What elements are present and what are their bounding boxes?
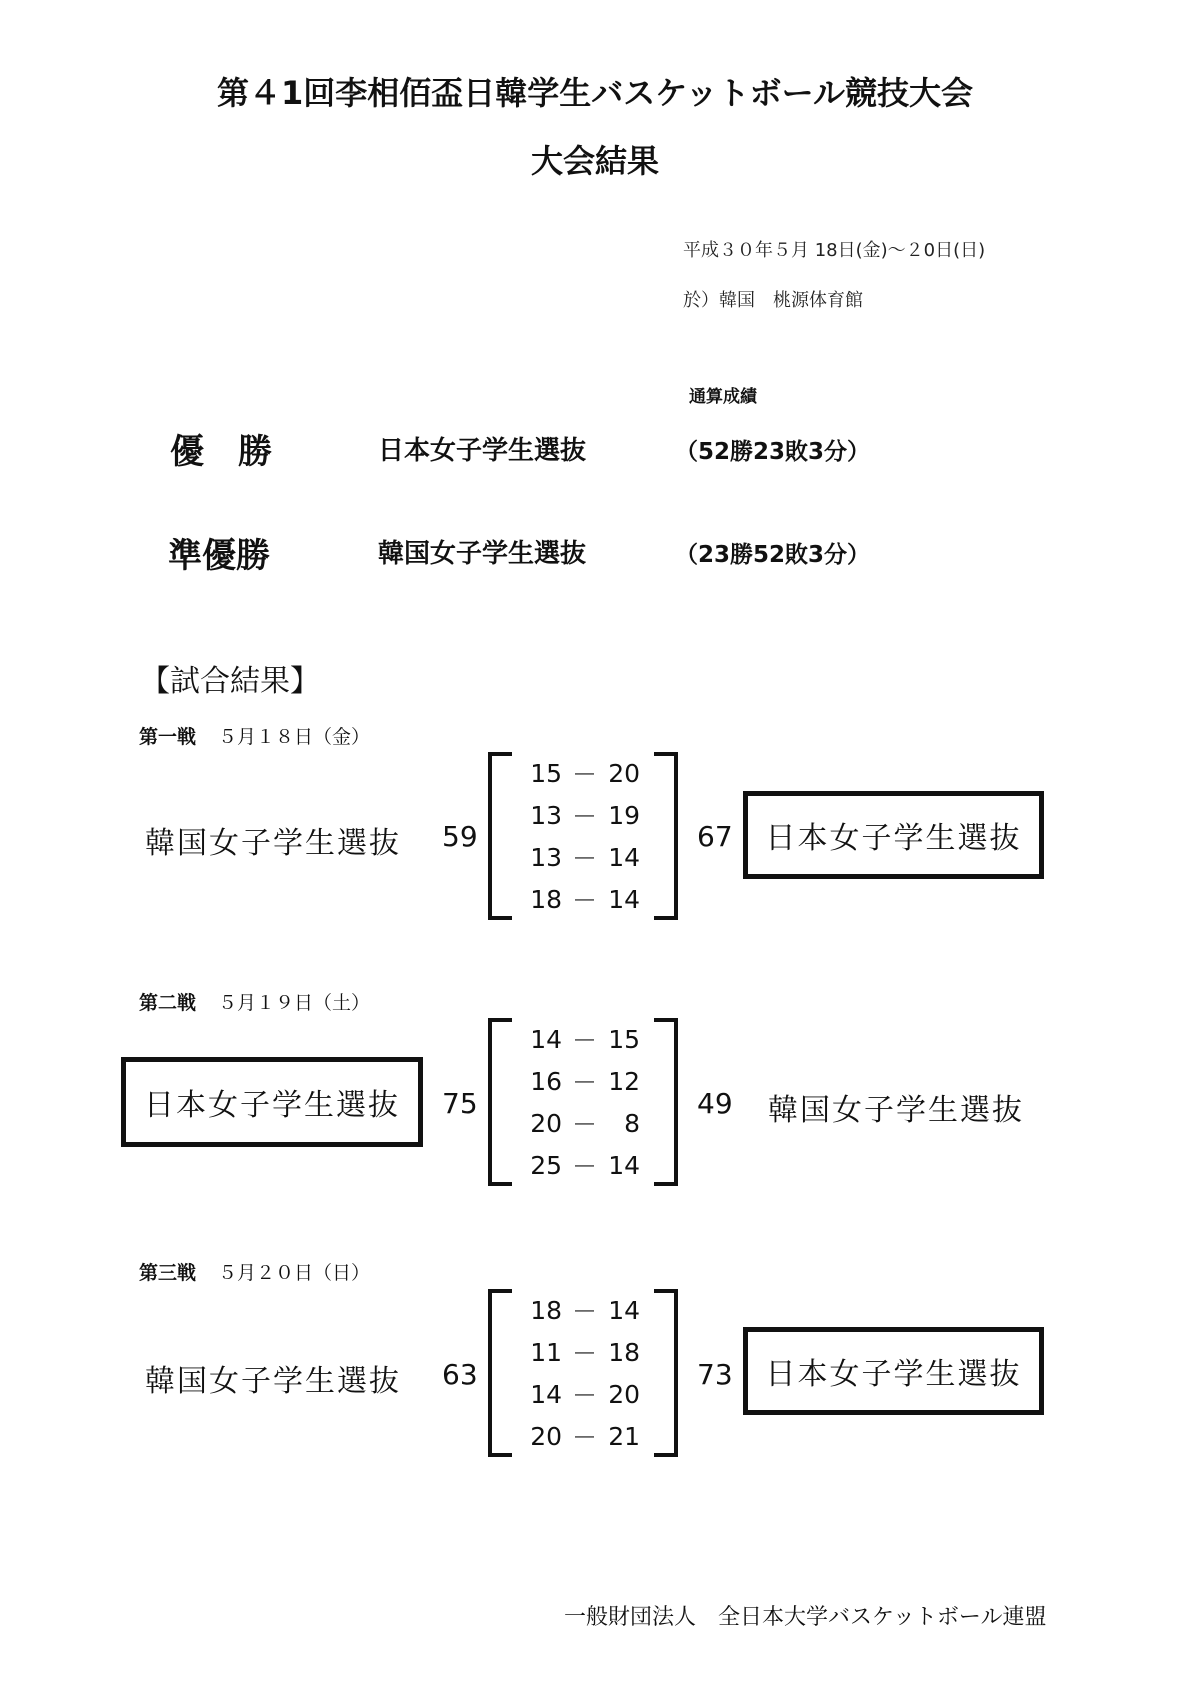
game-1-right-total: 67 — [697, 820, 733, 853]
game-1-left-total: 59 — [442, 820, 478, 853]
game-1-period-bracket: 15－20 13－19 13－14 18－14 — [488, 752, 678, 920]
game-2-header: 第二戦５月１９日（土） — [139, 988, 370, 1015]
period-row: 11－18 — [488, 1331, 678, 1373]
game-2-name: 第二戦 — [139, 992, 196, 1014]
game-2-date: ５月１９日（土） — [218, 992, 370, 1014]
results-heading: 【試合結果】 — [140, 656, 320, 700]
period-row: 25－14 — [488, 1144, 678, 1186]
period-row: 16－12 — [488, 1060, 678, 1102]
game-2-right-total: 49 — [697, 1087, 733, 1120]
game-1-left-team: 韓国女子学生選抜 — [145, 818, 401, 862]
event-dates: 平成３０年５月 18日(金)～２0日(日) — [683, 236, 985, 262]
event-venue: 於）韓国 桃源体育館 — [683, 286, 863, 312]
game-3-date: ５月２０日（日） — [218, 1262, 370, 1284]
period-row: 18－14 — [488, 878, 678, 920]
game-3-header: 第三戦５月２０日（日） — [139, 1258, 370, 1285]
champion-team: 日本女子学生選抜 — [378, 430, 586, 467]
period-row: 13－14 — [488, 836, 678, 878]
game-3-right-total: 73 — [697, 1358, 733, 1391]
period-row: 20－21 — [488, 1415, 678, 1457]
period-row: 14－20 — [488, 1373, 678, 1415]
game-3-left-team: 韓国女子学生選抜 — [145, 1356, 401, 1400]
game-1-name: 第一戦 — [139, 726, 196, 748]
game-3-periods: 18－14 11－18 14－20 20－21 — [488, 1289, 678, 1457]
period-row: 14－15 — [488, 1018, 678, 1060]
game-3-left-total: 63 — [442, 1358, 478, 1391]
period-row: 15－20 — [488, 752, 678, 794]
runner-up-label: 準優勝 — [168, 528, 270, 577]
document-subtitle: 大会結果 — [0, 136, 1190, 182]
champion-record: （52勝23敗3分） — [675, 433, 870, 466]
game-2-winner-box: 日本女子学生選抜 — [121, 1057, 423, 1147]
game-1-header: 第一戦５月１８日（金） — [139, 722, 370, 749]
game-2-left-total: 75 — [442, 1087, 478, 1120]
period-row: 18－14 — [488, 1289, 678, 1331]
game-3-period-bracket: 18－14 11－18 14－20 20－21 — [488, 1289, 678, 1457]
game-1-right-team: 日本女子学生選抜 — [766, 813, 1022, 857]
document-title: 第４1回李相佰盃日韓学生バスケットボール競技大会 — [0, 68, 1190, 114]
runner-up-record: （23勝52敗3分） — [675, 536, 870, 569]
game-3-right-team: 日本女子学生選抜 — [766, 1349, 1022, 1393]
game-1-winner-box: 日本女子学生選抜 — [743, 791, 1044, 879]
period-row: 20－8 — [488, 1102, 678, 1144]
game-2-periods: 14－15 16－12 20－8 25－14 — [488, 1018, 678, 1186]
game-2-period-bracket: 14－15 16－12 20－8 25－14 — [488, 1018, 678, 1186]
game-2-right-team: 韓国女子学生選抜 — [768, 1085, 1024, 1129]
game-3-winner-box: 日本女子学生選抜 — [743, 1327, 1044, 1415]
record-column-label: 通算成績 — [689, 382, 757, 407]
game-1-date: ５月１８日（金） — [218, 726, 370, 748]
champion-label: 優 勝 — [170, 424, 272, 473]
game-2-left-team: 日本女子学生選抜 — [144, 1080, 400, 1124]
game-1-periods: 15－20 13－19 13－14 18－14 — [488, 752, 678, 920]
period-row: 13－19 — [488, 794, 678, 836]
game-3-name: 第三戦 — [139, 1262, 196, 1284]
runner-up-team: 韓国女子学生選抜 — [378, 533, 586, 570]
footer-organization: 一般財団法人 全日本大学バスケットボール連盟 — [564, 1600, 1046, 1631]
